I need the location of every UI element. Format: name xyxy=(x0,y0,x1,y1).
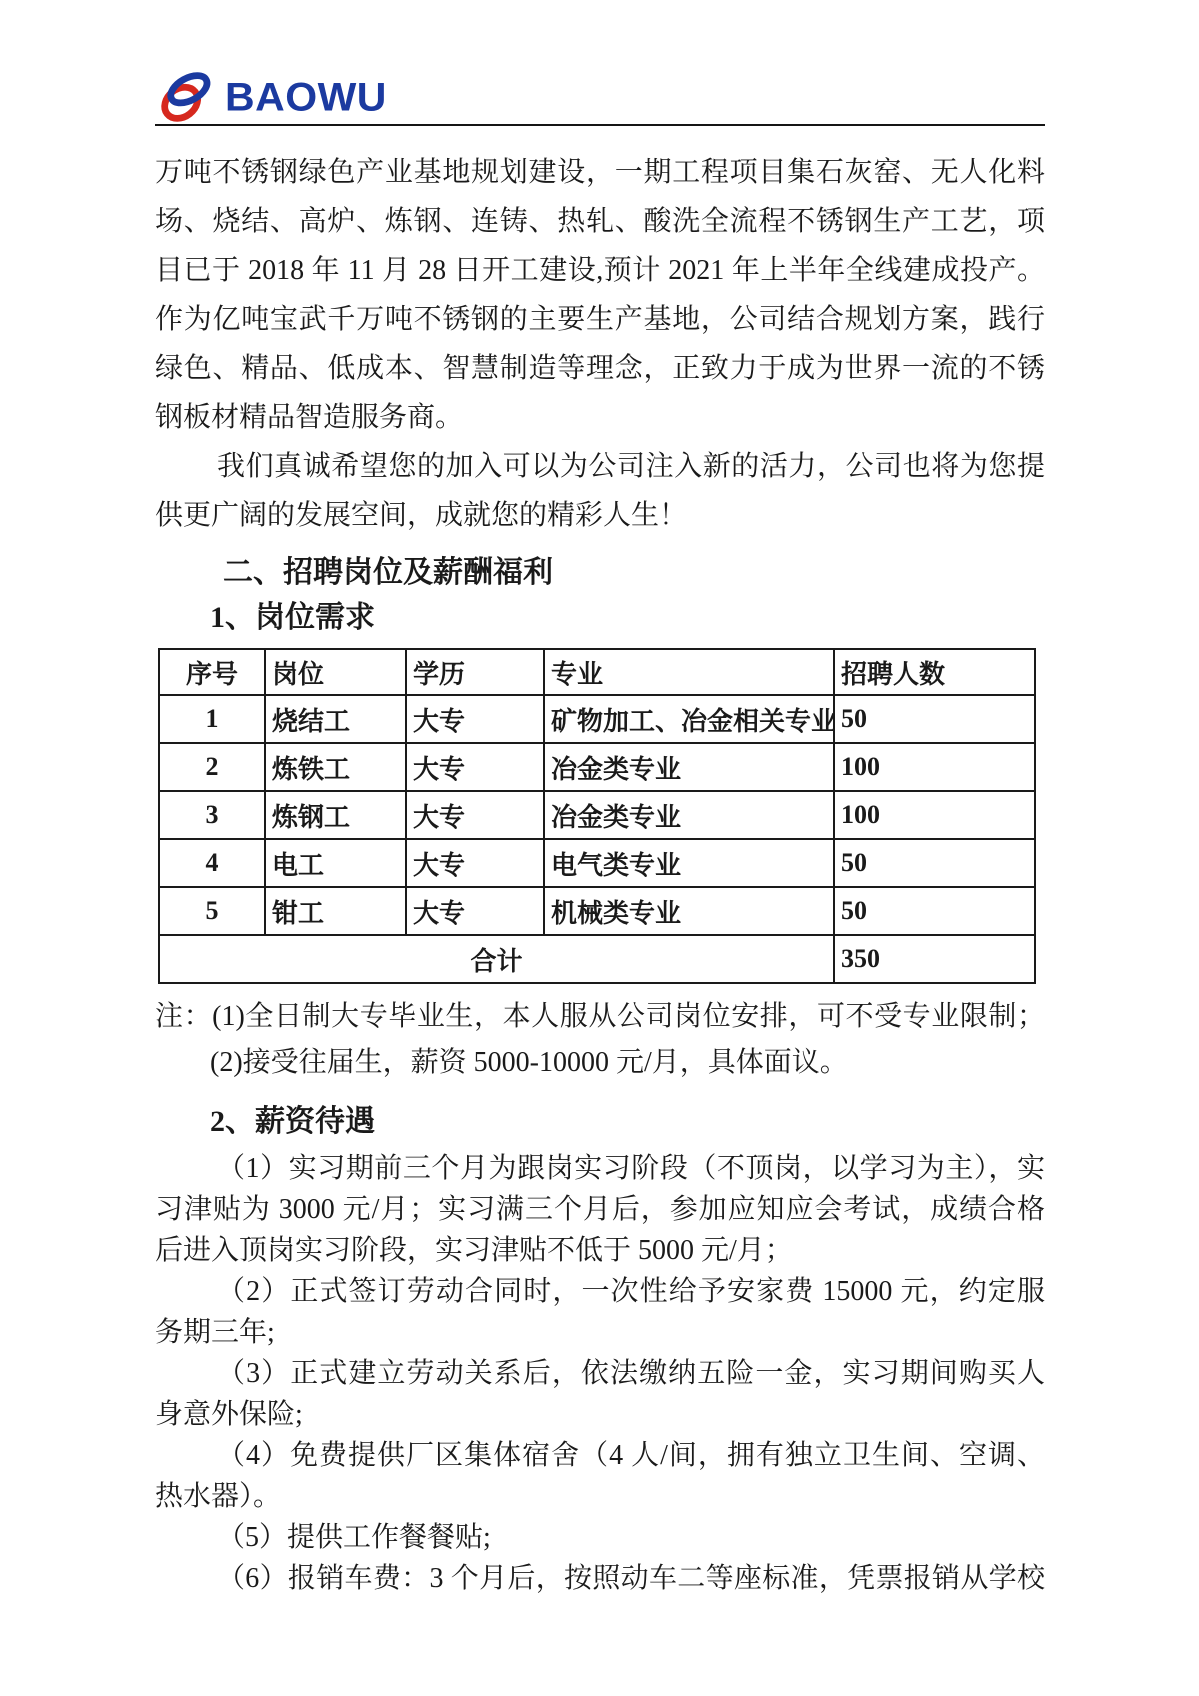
table-cell: 100 xyxy=(834,791,1035,839)
text-line: 习津贴为 3000 元/月；实习满三个月后，参加应知应会考试，成绩合格 xyxy=(155,1189,1045,1230)
logo-wordmark: BAOWU xyxy=(225,77,387,117)
table-cell: 大专 xyxy=(406,791,544,839)
table-row: 1烧结工大专矿物加工、冶金相关专业50 xyxy=(159,695,1035,743)
table-total-value: 350 xyxy=(834,935,1035,983)
text-line: （1）实习期前三个月为跟岗实习阶段（不顶岗，以学习为主），实 xyxy=(155,1148,1045,1189)
closing-paragraph: 我们真诚希望您的加入可以为公司注入新的活力，公司也将为您提供更广阔的发展空间，成… xyxy=(155,442,1045,540)
text-line: 注：(1)全日制大专毕业生，本人服从公司岗位安排，可不受专业限制； xyxy=(155,994,1045,1040)
header-rule xyxy=(155,124,1045,126)
table-note: 注：(1)全日制大专毕业生，本人服从公司岗位安排，可不受专业限制；(2)接受往届… xyxy=(155,994,1045,1086)
text-line: 身意外保险; xyxy=(155,1394,1045,1435)
text-line: （6）报销车费：3 个月后，按照动车二等座标准，凭票报销从学校 xyxy=(155,1558,1045,1599)
table-header-cell: 序号 xyxy=(159,649,265,695)
table-cell: 大专 xyxy=(406,839,544,887)
table-cell: 机械类专业 xyxy=(544,887,834,935)
text-line: 场、烧结、高炉、炼钢、连铸、热轧、酸洗全流程不锈钢生产工艺，项 xyxy=(155,197,1045,246)
table-cell: 电工 xyxy=(265,839,406,887)
table-cell: 100 xyxy=(834,743,1035,791)
table-cell: 钳工 xyxy=(265,887,406,935)
table-row: 4电工大专电气类专业50 xyxy=(159,839,1035,887)
table-header-cell: 专业 xyxy=(544,649,834,695)
text-line: （3）正式建立劳动关系后，依法缴纳五险一金，实习期间购买人 xyxy=(155,1353,1045,1394)
subheading-position-demand: 1、岗位需求 xyxy=(155,596,1045,640)
table-header-cell: 学历 xyxy=(406,649,544,695)
positions-table-body: 序号岗位学历专业招聘人数1烧结工大专矿物加工、冶金相关专业502炼铁工大专冶金类… xyxy=(159,649,1035,983)
subheading-salary: 2、薪资待遇 xyxy=(155,1100,1045,1144)
table-cell: 烧结工 xyxy=(265,695,406,743)
table-cell: 2 xyxy=(159,743,265,791)
table-cell: 冶金类专业 xyxy=(544,791,834,839)
table-cell: 大专 xyxy=(406,695,544,743)
table-cell: 3 xyxy=(159,791,265,839)
table-header-cell: 招聘人数 xyxy=(834,649,1035,695)
text-line: 作为亿吨宝武千万吨不锈钢的主要生产基地，公司结合规划方案，践行 xyxy=(155,295,1045,344)
logo: BAOWU xyxy=(155,70,1045,124)
table-cell: 50 xyxy=(834,887,1035,935)
table-row: 3炼钢工大专冶金类专业100 xyxy=(159,791,1035,839)
intro-paragraph: 万吨不锈钢绿色产业基地规划建设，一期工程项目集石灰窑、无人化料场、烧结、高炉、炼… xyxy=(155,148,1045,442)
text-line: 万吨不锈钢绿色产业基地规划建设，一期工程项目集石灰窑、无人化料 xyxy=(155,148,1045,197)
text-line: （4）免费提供厂区集体宿舍（4 人/间，拥有独立卫生间、空调、 xyxy=(155,1435,1045,1476)
table-row: 5钳工大专机械类专业50 xyxy=(159,887,1035,935)
table-cell: 炼钢工 xyxy=(265,791,406,839)
text-line: (2)接受往届生，薪资 5000-10000 元/月，具体面议。 xyxy=(155,1040,1045,1086)
table-cell: 1 xyxy=(159,695,265,743)
table-cell: 炼铁工 xyxy=(265,743,406,791)
text-line: 钢板材精品智造服务商。 xyxy=(155,393,1045,442)
table-total-label: 合计 xyxy=(159,935,834,983)
text-line: 供更广阔的发展空间，成就您的精彩人生！ xyxy=(155,491,1045,540)
table-cell: 大专 xyxy=(406,887,544,935)
text-line: 热水器）。 xyxy=(155,1476,1045,1517)
table-cell: 冶金类专业 xyxy=(544,743,834,791)
text-line: 目已于 2018 年 11 月 28 日开工建设,预计 2021 年上半年全线建… xyxy=(155,246,1045,295)
section-heading-recruitment: 二、招聘岗位及薪酬福利 xyxy=(155,550,1045,596)
document-page: BAOWU 万吨不锈钢绿色产业基地规划建设，一期工程项目集石灰窑、无人化料场、烧… xyxy=(0,0,1199,1696)
text-line: （2）正式签订劳动合同时，一次性给予安家费 15000 元，约定服 xyxy=(155,1271,1045,1312)
table-total-row: 合计350 xyxy=(159,935,1035,983)
table-cell: 4 xyxy=(159,839,265,887)
table-cell: 矿物加工、冶金相关专业 xyxy=(544,695,834,743)
table-header-row: 序号岗位学历专业招聘人数 xyxy=(159,649,1035,695)
text-line: （5）提供工作餐餐贴; xyxy=(155,1517,1045,1558)
table-header-cell: 岗位 xyxy=(265,649,406,695)
text-line: 我们真诚希望您的加入可以为公司注入新的活力，公司也将为您提 xyxy=(155,442,1045,491)
text-line: 务期三年; xyxy=(155,1312,1045,1353)
salary-paragraphs: （1）实习期前三个月为跟岗实习阶段（不顶岗，以学习为主），实习津贴为 3000 … xyxy=(155,1148,1045,1599)
table-cell: 50 xyxy=(834,839,1035,887)
table-cell: 电气类专业 xyxy=(544,839,834,887)
page-content: BAOWU 万吨不锈钢绿色产业基地规划建设，一期工程项目集石灰窑、无人化料场、烧… xyxy=(0,0,1199,1599)
text-line: 后进入顶岗实习阶段，实习津贴不低于 5000 元/月； xyxy=(155,1230,1045,1271)
table-row: 2炼铁工大专冶金类专业100 xyxy=(159,743,1035,791)
table-cell: 5 xyxy=(159,887,265,935)
table-cell: 50 xyxy=(834,695,1035,743)
baowu-rings-icon xyxy=(155,70,217,124)
table-cell: 大专 xyxy=(406,743,544,791)
text-line: 绿色、精品、低成本、智慧制造等理念，正致力于成为世界一流的不锈 xyxy=(155,344,1045,393)
positions-table: 序号岗位学历专业招聘人数1烧结工大专矿物加工、冶金相关专业502炼铁工大专冶金类… xyxy=(158,648,1036,984)
